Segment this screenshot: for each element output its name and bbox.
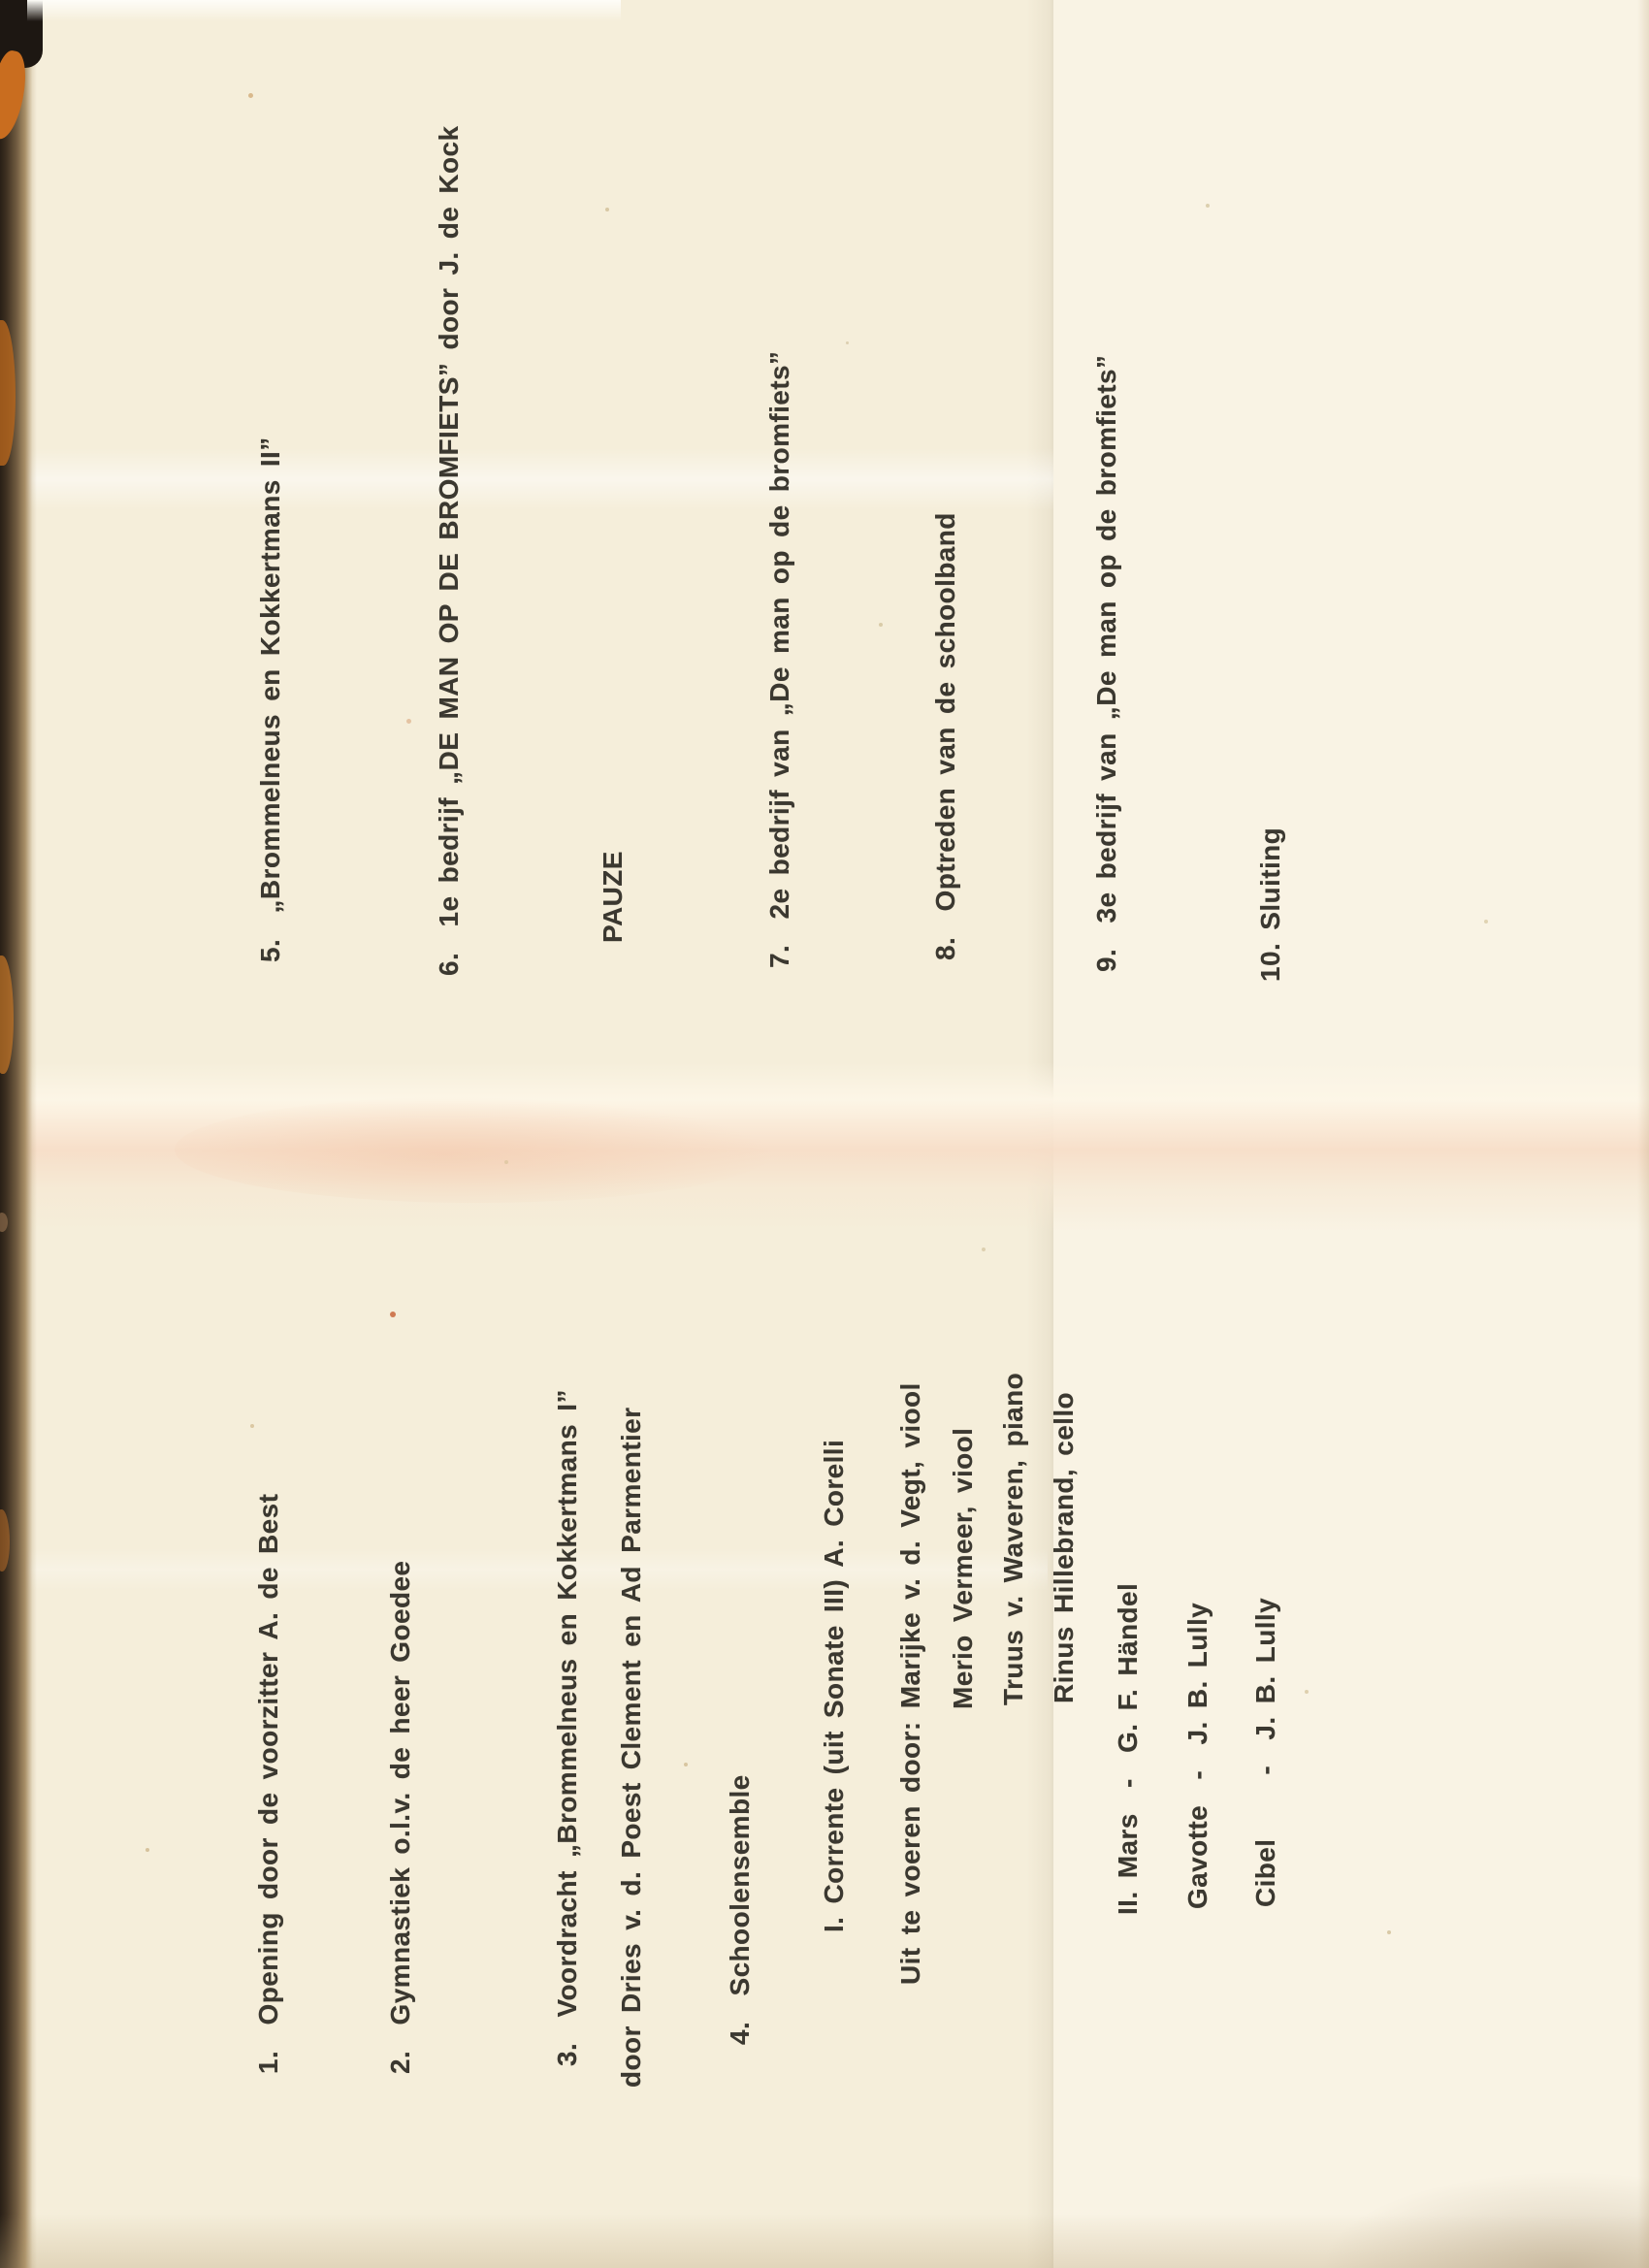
paper-speck [145,1848,149,1852]
paper-speck [248,93,253,98]
paper-speck [1206,204,1210,208]
ensemble-performer-rinus: Rinus Hillebrand, cello [1048,1392,1081,1703]
paper-corner-shadow [1319,2171,1649,2268]
ensemble-piece-mars: II. Mars - G. F. Händel [1112,1583,1145,1915]
paper-speck [879,623,883,627]
paper-right-edge-shade [1637,0,1649,2268]
ensemble-performer-truus: Truus v. Waveren, piano [997,1373,1030,1705]
program-item-3-line1: 3. Voordracht „Brommelneus en Kokkertman… [551,1389,584,2066]
torn-paper-edge [0,320,16,466]
paper-speck [1387,1930,1391,1934]
program-item-10: 10. Sluiting [1254,827,1287,982]
program-item-4: 4. Schoolensemble [724,1774,757,2045]
ensemble-performer-merio: Merio Vermeer, viool [947,1428,980,1709]
paper-speck [390,1312,396,1317]
program-item-3-line2: door Dries v. d. Poest Clement en Ad Par… [615,1408,648,2088]
ensemble-performers-intro: Uit te voeren door: Marijke v. d. Vegt, … [894,1382,927,1985]
paper-speck [406,719,411,724]
paper-speck [846,341,849,344]
scanner-corner-shadow [0,0,43,68]
program-item-2: 2. Gymnastiek o.l.v. de heer Goedee [384,1561,417,2074]
paper-speck [504,1160,508,1164]
paper-speck [605,208,609,211]
fold-crease-band [0,1062,1649,1232]
ensemble-piece-corrente: I. Corrente (uit Sonate III) A. Corelli [818,1440,851,1932]
paper-speck [250,1424,254,1428]
program-item-1: 1. Opening door de voorzitter A. de Best [252,1494,285,2074]
program-item-9: 9. 3e bedrijf van „De man op de bromfiet… [1090,355,1123,972]
paper-bottom-shade [0,2214,1649,2268]
torn-paper-edge [0,956,14,1074]
paper-speck [684,1763,688,1766]
torn-paper-edge [0,49,31,142]
scan-light-streak [0,1548,1048,1591]
paper-speck [1305,1690,1309,1694]
pauze-heading: PAUZE [597,851,630,943]
torn-paper-edge [0,1213,8,1232]
program-item-5: 5. „Brommelneus en Kokkertmans II” [254,437,287,962]
scanned-program-sheet: 5. „Brommelneus en Kokkertmans II” 6. 1e… [0,0,1649,2268]
ensemble-piece-gavotte: Gavotte - J. B. Lully [1181,1603,1214,1909]
scan-light-streak [0,448,1053,510]
page-edge-seam [1026,0,1053,2268]
scanner-left-edge-shadow [0,0,37,2268]
paper-lighter-right-area [1053,0,1649,2268]
paper-speck [1484,920,1488,923]
program-item-8: 8. Optreden van de schoolband [929,512,962,960]
fold-crease-highlight [175,1096,776,1203]
program-item-7: 7. 2e bedrijf van „De man op de bromfiet… [763,351,796,968]
paper-speck [982,1247,986,1251]
program-item-6: 6. 1e bedrijf „DE MAN OP DE BROMFIETS” d… [433,126,466,977]
ensemble-piece-cibel: Cibel - J. B. Lully [1249,1598,1282,1907]
torn-paper-edge [0,1509,10,1571]
scanner-top-edge [27,0,621,21]
